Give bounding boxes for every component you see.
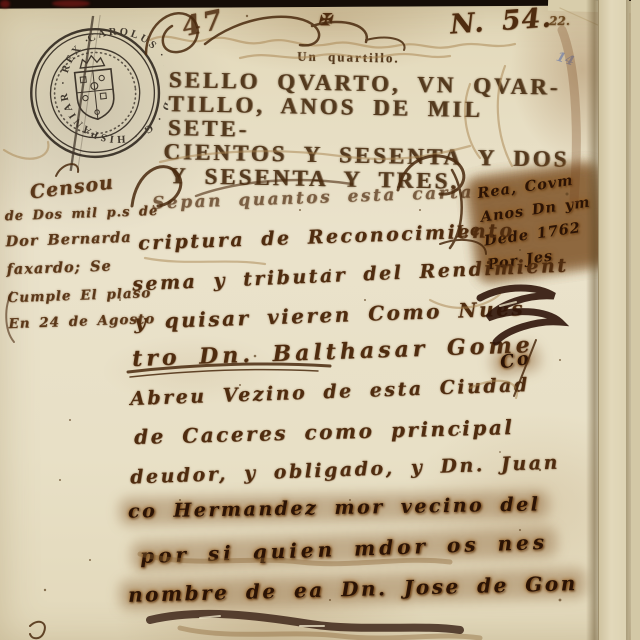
margin-note-line: Dor Bernarda (5, 229, 132, 250)
left-margin-note: Censou de Dos mil p.s de Dor Bernarda fa… (3, 174, 134, 332)
body-line: co Hermandez mor vecino del (128, 493, 541, 522)
red-wax-stain-small (0, 0, 10, 8)
manuscript-photo: CAROLUS · III · D · G · HISPANIAR · REX … (0, 0, 640, 640)
margin-note-line: Cumple El plaso (7, 286, 133, 306)
corner-number: 22. (549, 14, 570, 28)
underlying-leaf-edge (598, 0, 629, 640)
red-wax-stain (52, 0, 90, 7)
printer-cross-mark: ✠ (318, 10, 331, 29)
margin-note-line: de Dos mil p.s de (4, 205, 130, 224)
body-line-end: Le (455, 220, 483, 242)
margin-note-line: faxardo; Se (6, 257, 133, 278)
outer-leaf-edge (631, 0, 640, 640)
